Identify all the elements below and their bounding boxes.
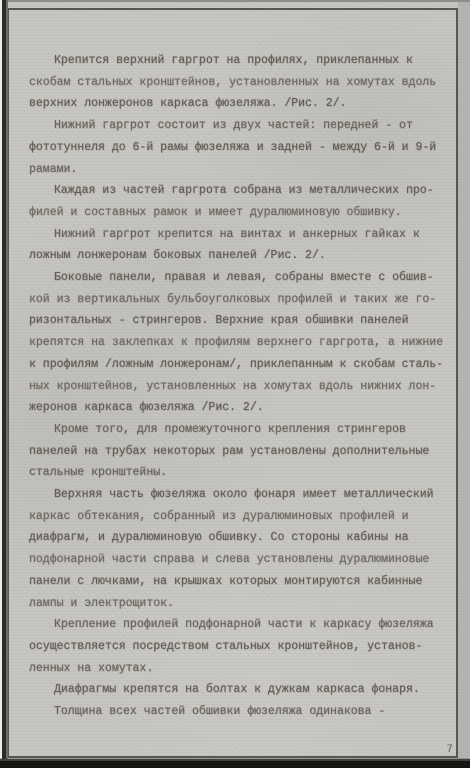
paragraph: Верхняя часть фюзеляжа около фонаря имее… xyxy=(29,484,459,614)
text-line: Боковые панели, правая и левая, собраны … xyxy=(29,267,459,289)
paragraph: Диафрагмы крепятся на болтах к дужкам ка… xyxy=(29,679,459,701)
text-line: Диафрагмы крепятся на болтах к дужкам ка… xyxy=(29,679,459,701)
text-line: осуществляется посредством стальных крон… xyxy=(29,636,459,658)
text-line: каркас обтекания, собранный из дуралюмин… xyxy=(29,506,459,528)
text-line: Крепится верхний гаргрот на профилях, пр… xyxy=(29,50,459,72)
text-line: жеронов каркаса фюзеляжа /Рис. 2/. xyxy=(29,397,459,419)
text-line: Крепление профилей подфонарной части к к… xyxy=(29,614,459,636)
text-line: диафрагм, и дуралюминовую обшивку. Со ст… xyxy=(29,527,459,549)
scan-edge-left xyxy=(0,0,8,768)
text-line: кой из вертикальных бульбоуголковых проф… xyxy=(29,289,459,311)
text-line: Нижний гаргрот крепится на винтах и анке… xyxy=(29,224,459,246)
text-line: верхних лонжеронов каркаса фюзеляжа. /Ри… xyxy=(29,93,459,115)
text-line: ризонтальных - стрингеров. Верхние края … xyxy=(29,310,459,332)
text-line: рамами. xyxy=(29,159,459,181)
paragraph: Толщина всех частей обшивки фюзеляжа оди… xyxy=(29,701,459,723)
text-line: скобам стальных кронштейнов, установленн… xyxy=(29,72,459,94)
scan-edge-bottom xyxy=(0,758,470,768)
text-line: лампы и электрощиток. xyxy=(29,593,459,615)
page-number: 7 xyxy=(446,744,453,756)
text-line: ных кронштейнов, установленных на хомута… xyxy=(29,376,459,398)
text-line: крепятся на заклепках к профилям верхнег… xyxy=(29,332,459,354)
scan-edge-top xyxy=(0,0,470,2)
paragraph: Нижний гаргрот состоит из двух частей: п… xyxy=(29,115,459,180)
text-line: Верхняя часть фюзеляжа около фонаря имее… xyxy=(29,484,459,506)
paragraph: Боковые панели, правая и левая, собраны … xyxy=(29,267,459,419)
text-line: Кроме того, для промежуточного крепления… xyxy=(29,419,459,441)
text-line: панели с лючками, на крышках которых мон… xyxy=(29,571,459,593)
paragraph: Нижний гаргрот крепится на винтах и анке… xyxy=(29,224,459,267)
paragraph: Каждая из частей гаргрота собрана из мет… xyxy=(29,180,459,223)
scanned-document-page: Крепится верхний гаргрот на профилях, пр… xyxy=(0,0,470,768)
text-line: Каждая из частей гаргрота собрана из мет… xyxy=(29,180,459,202)
paragraph: Крепится верхний гаргрот на профилях, пр… xyxy=(29,50,459,115)
text-line: ленных на хомутах. xyxy=(29,658,459,680)
text-line: Толщина всех частей обшивки фюзеляжа оди… xyxy=(29,701,459,723)
scan-edge-right xyxy=(458,0,470,768)
paragraph: Крепление профилей подфонарной части к к… xyxy=(29,614,459,679)
text-line: к профилям /ложным лонжеронам/, приклепа… xyxy=(29,354,459,376)
text-line: Нижний гаргрот состоит из двух частей: п… xyxy=(29,115,459,137)
paragraph: Кроме того, для промежуточного крепления… xyxy=(29,419,459,484)
text-line: ложным лонжеронам боковых панелей /Рис. … xyxy=(29,245,459,267)
text-line: панелей на трубах некоторых рам установл… xyxy=(29,441,459,463)
text-line: фототуннеля до 6-й рамы фюзеляжа и задне… xyxy=(29,137,459,159)
text-line: подфонарной части справа и слева установ… xyxy=(29,549,459,571)
text-block: Крепится верхний гаргрот на профилях, пр… xyxy=(29,50,459,723)
text-line: филей и составных рамок и имеет дуралюми… xyxy=(29,202,459,224)
text-line: стальные кронштейны. xyxy=(29,462,459,484)
